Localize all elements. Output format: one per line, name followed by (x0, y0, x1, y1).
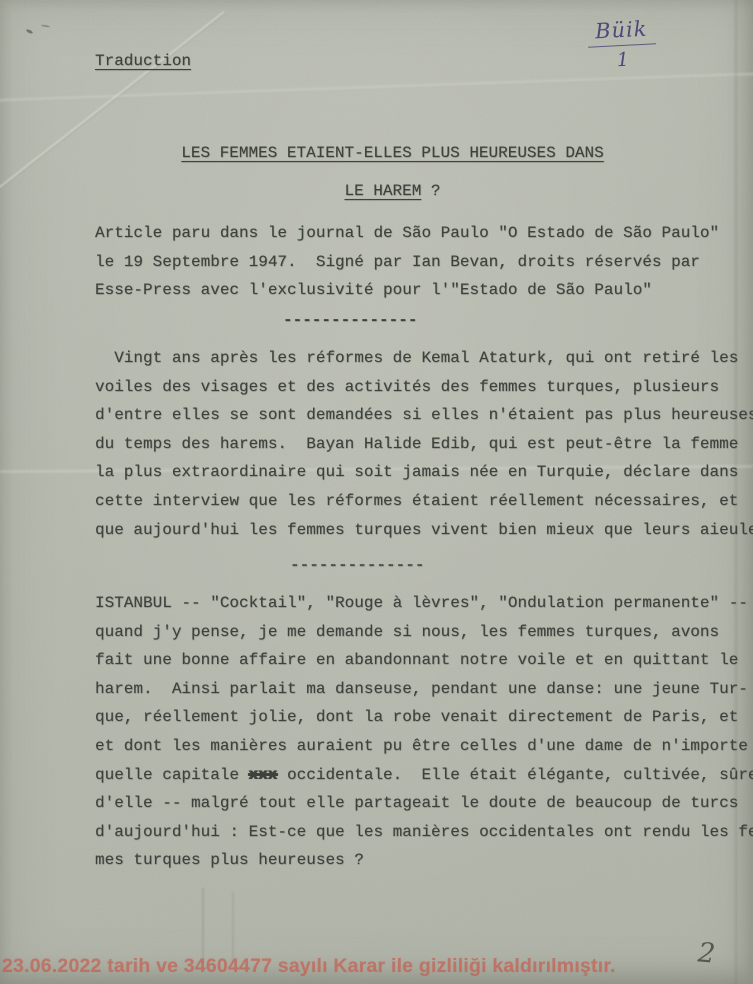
title-line-2-text: LE HAREM (344, 182, 421, 200)
scanned-document-page: Traduction Büik 1 LES FEMMES ETAIENT-ELL… (0, 0, 753, 984)
traduction-label: Traduction (95, 52, 191, 70)
text-line: d'entre elles se sont demandées si elles… (95, 401, 715, 430)
paper-crease-bottom-1 (202, 888, 204, 963)
handwritten-number: 1 (572, 43, 673, 73)
overstrike-pre: quelle capitale (95, 766, 249, 784)
lead-paragraph: Vingt ans après les réformes de Kemal At… (95, 344, 715, 544)
text-line: Esse-Press avec l'exclusivité pour l'"Es… (95, 276, 705, 305)
text-line: et dont les manières auraient pu être ce… (95, 732, 725, 761)
main-paragraph: ISTANBUL -- "Cocktail", "Rouge à lèvres"… (95, 589, 725, 875)
handwritten-word: Büik (586, 16, 656, 48)
overstrike-line: quelle capitale xxx occidentale. Elle ét… (95, 761, 725, 790)
text-line: d'aujourd'hui : Est-ce que les manières … (95, 818, 725, 847)
title-question-mark: ? (421, 182, 440, 200)
intro-paragraph: Article paru dans le journal de São Paul… (95, 219, 705, 305)
text-line: voiles des visages et des activités des … (95, 373, 715, 402)
text-line: quand j'y pense, je me demande si nous, … (95, 618, 725, 647)
declassification-stamp: 23.06.2022 tarih ve 34604477 sayılı Kara… (2, 955, 616, 978)
text-line: Article paru dans le journal de São Paul… (95, 219, 705, 248)
overstrike-post: occidentale. Elle était élégante, cultiv… (277, 766, 753, 784)
text-line: Vingt ans après les réformes de Kemal At… (95, 344, 715, 373)
main-lines-lower: d'elle -- malgré tout elle partageait le… (95, 789, 725, 875)
document-title: LES FEMMES ETAIENT-ELLES PLUS HEUREUSES … (95, 134, 690, 210)
page-number: 2 (697, 937, 717, 969)
ink-speck (41, 24, 50, 28)
separator-dashes-2: -------------- (290, 551, 424, 580)
text-line: fait une bonne affaire en abandonnant no… (95, 646, 725, 675)
text-line: la plus extraordinaire qui soit jamais n… (95, 458, 715, 487)
text-line: cette interview que les réformes étaient… (95, 487, 715, 516)
title-line-2: LE HAREM ? (95, 172, 690, 210)
ink-speck (26, 29, 34, 35)
handwritten-annotation: Büik 1 (571, 15, 674, 73)
main-lines-upper: ISTANBUL -- "Cocktail", "Rouge à lèvres"… (95, 589, 725, 761)
text-line: harem. Ainsi parlait ma danseuse, pendan… (95, 675, 725, 704)
text-line: que aujourd'hui les femmes turques viven… (95, 516, 715, 545)
text-line: ISTANBUL -- "Cocktail", "Rouge à lèvres"… (95, 589, 725, 618)
typed-overstrike: xxx (249, 766, 278, 784)
title-line-1: LES FEMMES ETAIENT-ELLES PLUS HEUREUSES … (95, 134, 690, 172)
text-line: le 19 Septembre 1947. Signé par Ian Beva… (95, 248, 705, 277)
text-line: d'elle -- malgré tout elle partageait le… (95, 789, 725, 818)
text-line: mes turques plus heureuses ? (95, 846, 725, 875)
text-line: du temps des harems. Bayan Halide Edib, … (95, 430, 715, 459)
paper-crease-top (0, 72, 753, 103)
text-line: que, réellement jolie, dont la robe vena… (95, 703, 725, 732)
separator-dashes-1: -------------- (283, 306, 417, 335)
paper-crease-bottom-2 (232, 892, 234, 962)
